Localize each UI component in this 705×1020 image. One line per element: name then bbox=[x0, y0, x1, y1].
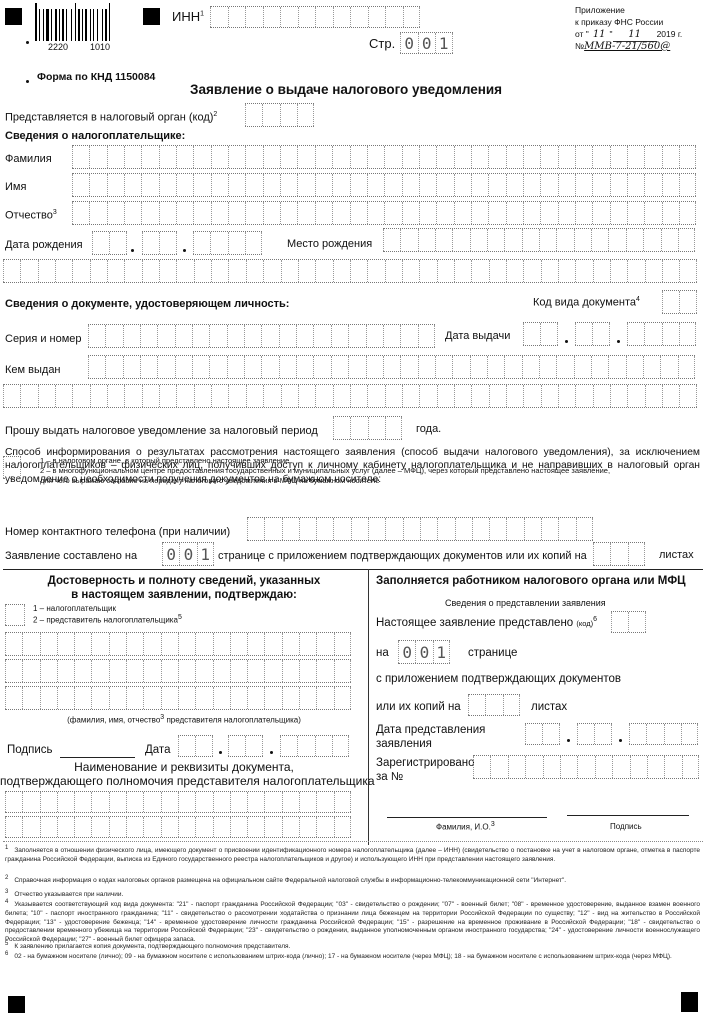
method-choice-field[interactable] bbox=[3, 456, 21, 479]
char-cell[interactable] bbox=[383, 356, 400, 378]
char-cell[interactable] bbox=[419, 146, 436, 168]
char-cell[interactable] bbox=[124, 385, 141, 407]
char-cell[interactable] bbox=[504, 356, 521, 378]
char-cell[interactable] bbox=[348, 325, 365, 347]
char-cell[interactable] bbox=[577, 724, 594, 744]
char-cell[interactable] bbox=[3, 260, 20, 282]
char-cell[interactable] bbox=[610, 174, 627, 196]
char-cell[interactable] bbox=[366, 325, 383, 347]
char-cell[interactable] bbox=[20, 260, 37, 282]
char-cell[interactable] bbox=[282, 687, 299, 709]
char-cell[interactable] bbox=[626, 356, 643, 378]
char-cell[interactable] bbox=[454, 174, 471, 196]
char-cell[interactable]: 0 bbox=[179, 543, 196, 565]
submission-year-field[interactable] bbox=[629, 723, 698, 745]
char-cell[interactable] bbox=[124, 146, 141, 168]
name-field[interactable] bbox=[72, 173, 696, 197]
char-cell[interactable] bbox=[334, 687, 351, 709]
char-cell[interactable] bbox=[592, 323, 609, 345]
char-cell[interactable] bbox=[159, 232, 176, 254]
char-cell[interactable] bbox=[575, 202, 592, 224]
char-cell[interactable] bbox=[245, 104, 262, 126]
char-cell[interactable] bbox=[280, 736, 297, 756]
char-cell[interactable] bbox=[161, 817, 178, 837]
char-cell[interactable] bbox=[682, 756, 699, 778]
char-cell[interactable] bbox=[195, 660, 212, 682]
char-cell[interactable] bbox=[367, 202, 384, 224]
char-cell[interactable] bbox=[332, 202, 349, 224]
char-cell[interactable] bbox=[468, 695, 485, 715]
submission-code-field[interactable] bbox=[611, 611, 646, 633]
char-cell[interactable] bbox=[351, 518, 368, 540]
char-cell[interactable] bbox=[539, 229, 556, 251]
issue-month-field[interactable] bbox=[575, 322, 610, 346]
char-cell[interactable] bbox=[558, 260, 575, 282]
char-cell[interactable] bbox=[246, 385, 263, 407]
char-cell[interactable] bbox=[403, 518, 420, 540]
representative-fio-line2[interactable] bbox=[5, 659, 351, 683]
char-cell[interactable] bbox=[91, 660, 108, 682]
official-signature-line[interactable] bbox=[567, 815, 689, 816]
char-cell[interactable] bbox=[503, 695, 520, 715]
char-cell[interactable] bbox=[296, 325, 313, 347]
char-cell[interactable] bbox=[454, 202, 471, 224]
char-cell[interactable] bbox=[5, 687, 22, 709]
char-cell[interactable] bbox=[523, 323, 540, 345]
char-cell[interactable] bbox=[72, 174, 89, 196]
char-cell[interactable] bbox=[662, 146, 679, 168]
char-cell[interactable] bbox=[246, 260, 263, 282]
char-cell[interactable] bbox=[247, 687, 264, 709]
char-cell[interactable] bbox=[643, 356, 660, 378]
char-cell[interactable] bbox=[91, 633, 108, 655]
char-cell[interactable] bbox=[385, 7, 403, 27]
char-cell[interactable] bbox=[296, 356, 313, 378]
char-cell[interactable] bbox=[264, 660, 281, 682]
char-cell[interactable] bbox=[247, 518, 264, 540]
char-cell[interactable] bbox=[644, 146, 661, 168]
char-cell[interactable] bbox=[244, 356, 261, 378]
char-cell[interactable] bbox=[610, 385, 627, 407]
char-cell[interactable] bbox=[471, 260, 488, 282]
char-cell[interactable] bbox=[178, 633, 195, 655]
char-cell[interactable] bbox=[245, 174, 262, 196]
char-cell[interactable] bbox=[487, 356, 504, 378]
char-cell[interactable] bbox=[91, 817, 108, 837]
char-cell[interactable] bbox=[280, 174, 297, 196]
char-cell[interactable] bbox=[264, 687, 281, 709]
char-cell[interactable] bbox=[193, 232, 210, 254]
char-cell[interactable] bbox=[247, 817, 264, 837]
representative-fio-line3[interactable] bbox=[5, 686, 351, 710]
char-cell[interactable] bbox=[143, 792, 160, 812]
char-cell[interactable] bbox=[159, 385, 176, 407]
char-cell[interactable] bbox=[368, 417, 385, 439]
char-cell[interactable] bbox=[473, 756, 490, 778]
char-cell[interactable] bbox=[159, 260, 176, 282]
char-cell[interactable] bbox=[109, 660, 126, 682]
char-cell[interactable] bbox=[3, 385, 20, 407]
char-cell[interactable] bbox=[228, 146, 245, 168]
char-cell[interactable] bbox=[558, 385, 575, 407]
char-cell[interactable] bbox=[627, 202, 644, 224]
char-cell[interactable] bbox=[334, 633, 351, 655]
char-cell[interactable] bbox=[660, 356, 677, 378]
char-cell[interactable] bbox=[560, 756, 577, 778]
char-cell[interactable] bbox=[679, 146, 696, 168]
char-cell[interactable] bbox=[419, 202, 436, 224]
patronymic-field[interactable] bbox=[72, 201, 696, 225]
char-cell[interactable] bbox=[350, 7, 368, 27]
char-cell[interactable] bbox=[487, 229, 504, 251]
char-cell[interactable] bbox=[299, 518, 316, 540]
doc-code-field[interactable] bbox=[662, 290, 697, 314]
char-cell[interactable] bbox=[213, 687, 230, 709]
char-cell[interactable] bbox=[332, 174, 349, 196]
char-cell[interactable] bbox=[89, 174, 106, 196]
char-cell[interactable] bbox=[298, 7, 316, 27]
char-cell[interactable] bbox=[176, 146, 193, 168]
char-cell[interactable] bbox=[313, 356, 330, 378]
char-cell[interactable] bbox=[57, 817, 74, 837]
pages-count-field[interactable]: 001 bbox=[162, 542, 214, 566]
char-cell[interactable] bbox=[105, 325, 122, 347]
char-cell[interactable] bbox=[192, 325, 209, 347]
char-cell[interactable] bbox=[74, 817, 91, 837]
char-cell[interactable] bbox=[22, 792, 39, 812]
char-cell[interactable] bbox=[159, 146, 176, 168]
char-cell[interactable] bbox=[489, 518, 506, 540]
char-cell[interactable] bbox=[575, 323, 592, 345]
char-cell[interactable] bbox=[227, 356, 244, 378]
char-cell[interactable] bbox=[157, 325, 174, 347]
char-cell[interactable] bbox=[506, 260, 523, 282]
char-cell[interactable] bbox=[454, 385, 471, 407]
representative-fio-line1[interactable] bbox=[5, 632, 351, 656]
char-cell[interactable] bbox=[299, 817, 316, 837]
char-cell[interactable] bbox=[574, 356, 591, 378]
char-cell[interactable] bbox=[522, 229, 539, 251]
issued-by-field[interactable] bbox=[88, 355, 695, 379]
char-cell[interactable] bbox=[282, 518, 299, 540]
char-cell[interactable] bbox=[244, 325, 261, 347]
char-cell[interactable] bbox=[331, 356, 348, 378]
char-cell[interactable] bbox=[280, 202, 297, 224]
char-cell[interactable] bbox=[470, 356, 487, 378]
char-cell[interactable] bbox=[539, 356, 556, 378]
char-cell[interactable] bbox=[383, 325, 400, 347]
char-cell[interactable] bbox=[211, 385, 228, 407]
char-cell[interactable] bbox=[55, 385, 72, 407]
char-cell[interactable] bbox=[367, 260, 384, 282]
char-cell[interactable] bbox=[333, 385, 350, 407]
char-cell[interactable] bbox=[523, 385, 540, 407]
char-cell[interactable] bbox=[92, 232, 109, 254]
char-cell[interactable] bbox=[228, 385, 245, 407]
char-cell[interactable] bbox=[40, 817, 57, 837]
char-cell[interactable] bbox=[593, 543, 610, 565]
char-cell[interactable] bbox=[627, 260, 644, 282]
char-cell[interactable] bbox=[488, 174, 505, 196]
char-cell[interactable] bbox=[333, 260, 350, 282]
char-cell[interactable] bbox=[228, 260, 245, 282]
char-cell[interactable] bbox=[504, 229, 521, 251]
char-cell[interactable] bbox=[88, 356, 105, 378]
char-cell[interactable] bbox=[126, 817, 143, 837]
char-cell[interactable] bbox=[662, 385, 679, 407]
char-cell[interactable] bbox=[143, 660, 160, 682]
char-cell[interactable] bbox=[194, 260, 211, 282]
phone-field[interactable] bbox=[247, 517, 593, 541]
char-cell[interactable] bbox=[22, 817, 39, 837]
char-cell[interactable] bbox=[523, 202, 540, 224]
char-cell[interactable] bbox=[40, 687, 57, 709]
char-cell[interactable] bbox=[575, 260, 592, 282]
birth-day-field[interactable] bbox=[92, 231, 127, 255]
char-cell[interactable] bbox=[452, 356, 469, 378]
char-cell[interactable] bbox=[508, 756, 525, 778]
char-cell[interactable] bbox=[367, 385, 384, 407]
char-cell[interactable] bbox=[299, 687, 316, 709]
char-cell[interactable] bbox=[608, 356, 625, 378]
char-cell[interactable] bbox=[123, 356, 140, 378]
char-cell[interactable] bbox=[400, 356, 417, 378]
char-cell[interactable] bbox=[524, 518, 541, 540]
char-cell[interactable] bbox=[437, 260, 454, 282]
char-cell[interactable] bbox=[679, 202, 696, 224]
char-cell[interactable] bbox=[385, 385, 402, 407]
char-cell[interactable] bbox=[348, 356, 365, 378]
char-cell[interactable] bbox=[645, 385, 662, 407]
char-cell[interactable] bbox=[109, 792, 126, 812]
char-cell[interactable] bbox=[38, 385, 55, 407]
char-cell[interactable] bbox=[140, 325, 157, 347]
char-cell[interactable] bbox=[195, 687, 212, 709]
char-cell[interactable] bbox=[385, 260, 402, 282]
char-cell[interactable] bbox=[645, 260, 662, 282]
char-cell[interactable] bbox=[679, 291, 696, 313]
char-cell[interactable] bbox=[366, 356, 383, 378]
char-cell[interactable] bbox=[263, 260, 280, 282]
char-cell[interactable] bbox=[262, 104, 279, 126]
char-cell[interactable] bbox=[297, 174, 314, 196]
char-cell[interactable] bbox=[315, 7, 333, 27]
char-cell[interactable] bbox=[195, 736, 212, 756]
char-cell[interactable] bbox=[263, 146, 280, 168]
char-cell[interactable] bbox=[350, 260, 367, 282]
char-cell[interactable] bbox=[297, 736, 314, 756]
char-cell[interactable] bbox=[282, 817, 299, 837]
char-cell[interactable] bbox=[298, 260, 315, 282]
signer-type-field[interactable] bbox=[5, 604, 25, 626]
char-cell[interactable] bbox=[368, 7, 386, 27]
char-cell[interactable] bbox=[350, 202, 367, 224]
char-cell[interactable] bbox=[664, 756, 681, 778]
char-cell[interactable] bbox=[142, 385, 159, 407]
char-cell[interactable] bbox=[263, 385, 280, 407]
char-cell[interactable] bbox=[261, 356, 278, 378]
char-cell[interactable] bbox=[213, 817, 230, 837]
char-cell[interactable] bbox=[126, 660, 143, 682]
char-cell[interactable] bbox=[662, 260, 679, 282]
char-cell[interactable] bbox=[506, 146, 523, 168]
char-cell[interactable] bbox=[400, 325, 417, 347]
char-cell[interactable] bbox=[209, 325, 226, 347]
char-cell[interactable] bbox=[280, 7, 298, 27]
char-cell[interactable] bbox=[523, 146, 540, 168]
char-cell[interactable] bbox=[679, 385, 696, 407]
char-cell[interactable] bbox=[91, 687, 108, 709]
char-cell[interactable]: 1 bbox=[433, 641, 450, 663]
birth-month-field[interactable] bbox=[142, 231, 177, 255]
char-cell[interactable] bbox=[540, 146, 557, 168]
char-cell[interactable] bbox=[627, 174, 644, 196]
char-cell[interactable] bbox=[74, 633, 91, 655]
char-cell[interactable] bbox=[610, 146, 627, 168]
char-cell[interactable] bbox=[334, 660, 351, 682]
char-cell[interactable] bbox=[5, 660, 22, 682]
char-cell[interactable] bbox=[558, 202, 575, 224]
char-cell[interactable] bbox=[175, 325, 192, 347]
char-cell[interactable] bbox=[540, 323, 557, 345]
char-cell[interactable] bbox=[488, 202, 505, 224]
char-cell[interactable] bbox=[435, 356, 452, 378]
char-cell[interactable] bbox=[176, 202, 193, 224]
char-cell[interactable] bbox=[176, 260, 193, 282]
char-cell[interactable] bbox=[333, 7, 351, 27]
char-cell[interactable] bbox=[454, 260, 471, 282]
char-cell[interactable] bbox=[436, 146, 453, 168]
char-cell[interactable] bbox=[228, 7, 246, 27]
char-cell[interactable] bbox=[384, 146, 401, 168]
char-cell[interactable]: 0 bbox=[162, 543, 179, 565]
char-cell[interactable] bbox=[178, 817, 195, 837]
char-cell[interactable] bbox=[263, 202, 280, 224]
char-cell[interactable] bbox=[608, 229, 625, 251]
char-cell[interactable] bbox=[367, 174, 384, 196]
char-cell[interactable] bbox=[350, 417, 367, 439]
char-cell[interactable] bbox=[140, 356, 157, 378]
char-cell[interactable] bbox=[558, 146, 575, 168]
char-cell[interactable] bbox=[506, 518, 523, 540]
char-cell[interactable] bbox=[575, 174, 592, 196]
char-cell[interactable] bbox=[402, 260, 419, 282]
char-cell[interactable] bbox=[626, 229, 643, 251]
char-cell[interactable] bbox=[644, 323, 661, 345]
char-cell[interactable] bbox=[316, 660, 333, 682]
char-cell[interactable] bbox=[316, 633, 333, 655]
issue-year-field[interactable] bbox=[627, 322, 696, 346]
char-cell[interactable] bbox=[331, 325, 348, 347]
char-cell[interactable] bbox=[679, 323, 696, 345]
char-cell[interactable] bbox=[610, 202, 627, 224]
char-cell[interactable] bbox=[230, 687, 247, 709]
char-cell[interactable] bbox=[333, 518, 350, 540]
submission-month-field[interactable] bbox=[577, 723, 612, 745]
char-cell[interactable] bbox=[543, 756, 560, 778]
char-cell[interactable] bbox=[436, 174, 453, 196]
char-cell[interactable] bbox=[316, 518, 333, 540]
char-cell[interactable] bbox=[334, 792, 351, 812]
char-cell[interactable] bbox=[350, 174, 367, 196]
char-cell[interactable] bbox=[20, 385, 37, 407]
char-cell[interactable] bbox=[402, 174, 419, 196]
char-cell[interactable] bbox=[419, 260, 436, 282]
char-cell[interactable] bbox=[472, 518, 489, 540]
char-cell[interactable] bbox=[230, 792, 247, 812]
char-cell[interactable] bbox=[385, 417, 402, 439]
char-cell[interactable] bbox=[107, 202, 124, 224]
char-cell[interactable] bbox=[299, 660, 316, 682]
signature-line[interactable] bbox=[60, 757, 135, 758]
char-cell[interactable] bbox=[211, 146, 228, 168]
char-cell[interactable] bbox=[678, 356, 695, 378]
signature-month-field[interactable] bbox=[228, 735, 263, 757]
char-cell[interactable] bbox=[141, 174, 158, 196]
char-cell[interactable] bbox=[282, 792, 299, 812]
char-cell[interactable] bbox=[228, 736, 245, 756]
char-cell[interactable] bbox=[282, 660, 299, 682]
char-cell[interactable] bbox=[592, 146, 609, 168]
char-cell[interactable] bbox=[264, 792, 281, 812]
char-cell[interactable] bbox=[575, 146, 592, 168]
birth-place-field-line2[interactable] bbox=[3, 259, 697, 283]
char-cell[interactable] bbox=[211, 174, 228, 196]
char-cell[interactable] bbox=[109, 232, 126, 254]
char-cell[interactable] bbox=[647, 756, 664, 778]
char-cell[interactable] bbox=[556, 356, 573, 378]
issued-by-field-line2[interactable] bbox=[3, 384, 697, 408]
char-cell[interactable] bbox=[195, 633, 212, 655]
char-cell[interactable] bbox=[193, 174, 210, 196]
char-cell[interactable] bbox=[488, 146, 505, 168]
char-cell[interactable] bbox=[107, 385, 124, 407]
char-cell[interactable]: 0 bbox=[418, 33, 436, 53]
surname-field[interactable] bbox=[72, 145, 696, 169]
char-cell[interactable] bbox=[5, 605, 25, 625]
char-cell[interactable] bbox=[315, 736, 332, 756]
auth-doc-field-line1[interactable] bbox=[5, 791, 351, 813]
char-cell[interactable] bbox=[523, 174, 540, 196]
char-cell[interactable] bbox=[192, 356, 209, 378]
char-cell[interactable] bbox=[263, 174, 280, 196]
char-cell[interactable] bbox=[678, 229, 695, 251]
char-cell[interactable] bbox=[402, 146, 419, 168]
char-cell[interactable] bbox=[664, 724, 681, 744]
registration-number-field[interactable] bbox=[473, 755, 699, 779]
char-cell[interactable] bbox=[593, 385, 610, 407]
char-cell[interactable] bbox=[161, 633, 178, 655]
char-cell[interactable] bbox=[142, 232, 159, 254]
char-cell[interactable] bbox=[541, 518, 558, 540]
char-cell[interactable] bbox=[107, 260, 124, 282]
char-cell[interactable] bbox=[213, 660, 230, 682]
char-cell[interactable] bbox=[506, 202, 523, 224]
char-cell[interactable] bbox=[281, 260, 298, 282]
char-cell[interactable] bbox=[178, 792, 195, 812]
char-cell[interactable] bbox=[574, 229, 591, 251]
char-cell[interactable] bbox=[3, 457, 21, 478]
char-cell[interactable]: 0 bbox=[415, 641, 432, 663]
char-cell[interactable]: 0 bbox=[400, 33, 418, 53]
char-cell[interactable] bbox=[57, 687, 74, 709]
char-cell[interactable] bbox=[126, 633, 143, 655]
char-cell[interactable] bbox=[299, 633, 316, 655]
char-cell[interactable] bbox=[280, 146, 297, 168]
char-cell[interactable] bbox=[437, 518, 454, 540]
char-cell[interactable] bbox=[175, 356, 192, 378]
char-cell[interactable] bbox=[230, 633, 247, 655]
